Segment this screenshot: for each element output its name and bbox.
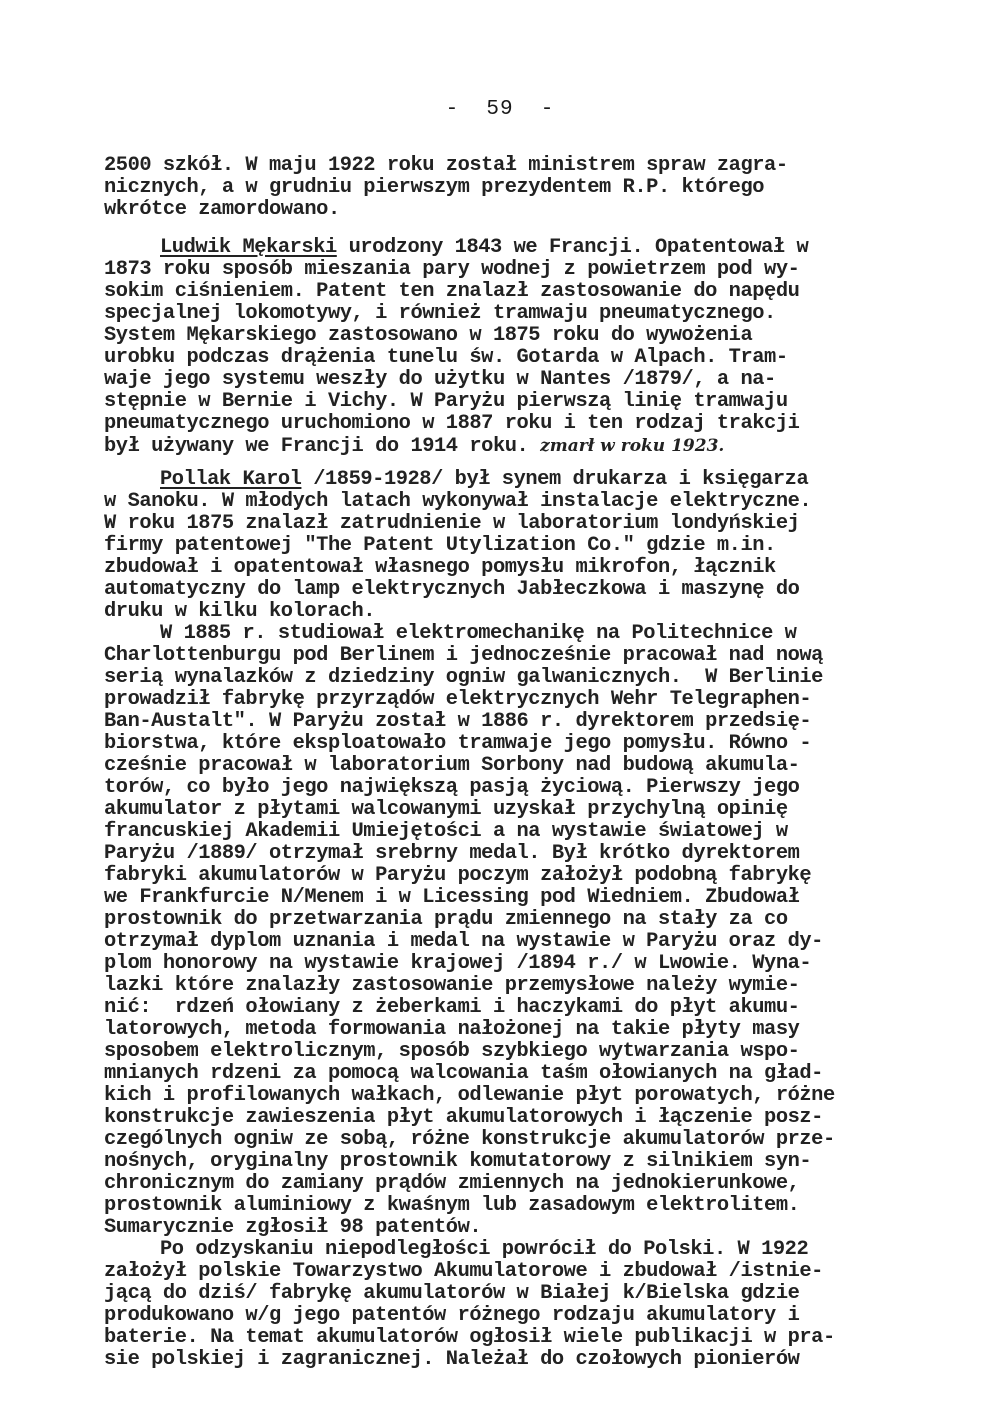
text-line: otrzymał dyplom uznania i medal na wysta…	[104, 931, 823, 953]
person-name-pollak: Pollak Karol	[160, 468, 301, 491]
handwritten-annotation: zmarł w roku 1923.	[540, 436, 724, 456]
text-line: francuskiej Akademii Umiejętości a na wy…	[104, 821, 788, 843]
text-line: firmy patentowej "The Patent Utylization…	[104, 535, 776, 557]
text-line: lazki które znalazły zastosowanie przemy…	[104, 975, 799, 997]
text-line: kich i profilowanych wałkach, odlewanie …	[104, 1085, 835, 1107]
text-line: plom honorowy na wystawie krajowej /1894…	[104, 953, 811, 975]
text-line: w Sanoku. W młodych latach wykonywał ins…	[104, 491, 811, 513]
text-line: akumulator z płytami walcowanymi uzyskał…	[104, 799, 788, 821]
text-line: pneumatycznego uruchomiono w 1887 roku i…	[104, 413, 799, 435]
text-line: torów, co było jego największą pasją życ…	[104, 777, 799, 799]
text-line: założył polskie Towarzystwo Akumulatorow…	[104, 1261, 823, 1283]
pollak-heading-line: Pollak Karol /1859-1928/ był synem druka…	[160, 469, 808, 491]
text-line: produkowano w/g jego patentów różnego ro…	[104, 1305, 799, 1327]
text-line: automatyczny do lamp elektrycznych Jabłe…	[104, 579, 799, 601]
text-line: W 1885 r. studiował elektromechanikę na …	[160, 623, 796, 645]
text-line: serią wynalazków z dziedziny ogniw galwa…	[104, 667, 823, 689]
person-name-mekarski: Ludwik Mękarski	[160, 236, 337, 259]
document-page: - 59 - 2500 szkół. W maju 1922 roku zost…	[0, 0, 1000, 1420]
text-line: System Mękarskiego zastosowano w 1875 ro…	[104, 325, 752, 347]
text-line: sposobem elektrolicznym, sposób szybkieg…	[104, 1041, 799, 1063]
text-line: Sumarycznie zgłosił 98 patentów.	[104, 1217, 481, 1239]
text-line: prostownik aluminiowy z kwaśnym lub zasa…	[104, 1195, 799, 1217]
text-line: prowadził fabrykę przyrządów elektryczny…	[104, 689, 811, 711]
text-line: baterie. Na temat akumulatorów ogłosił w…	[104, 1327, 835, 1349]
text-line: stępnie w Bernie i Vichy. W Paryżu pierw…	[104, 391, 788, 413]
text-fragment: urodzony 1843 we Francji. Opatentował w	[337, 236, 808, 259]
text-line-with-note: był używany we Francji do 1914 roku. zma…	[104, 435, 724, 458]
text-line: jącą do dziś/ fabrykę akumulatorów w Bia…	[104, 1283, 799, 1305]
text-fragment: był używany we Francji do 1914 roku.	[104, 435, 540, 458]
text-line: latorowych, metoda formowania nałożonej …	[104, 1019, 799, 1041]
text-line: konstrukcje zawieszenia płyt akumulatoro…	[104, 1107, 823, 1129]
text-line: we Frankfurcie N/Menem i w Licessing pod…	[104, 887, 799, 909]
text-line: specjalnej lokomotywy, i również tramwaj…	[104, 303, 776, 325]
text-line: druku w kilku kolorach.	[104, 601, 375, 623]
text-line: Charlottenburgu pod Berlinem i jednocześ…	[104, 645, 823, 667]
text-fragment: /1859-1928/ był synem drukarza i księgar…	[301, 468, 808, 491]
text-line: Paryżu /1889/ otrzymał srebrny medal. By…	[104, 843, 799, 865]
mekarski-heading-line: Ludwik Mękarski urodzony 1843 we Francji…	[160, 237, 808, 259]
text-line: nicznych, a w grudniu pierwszym prezyden…	[104, 177, 764, 199]
text-line: sokim ciśnieniem. Patent ten znalazł zas…	[104, 281, 799, 303]
text-line: urobku podczas drążenia tunelu św. Gotar…	[104, 347, 788, 369]
text-line: biorstwa, które eksploatowało tramwaje j…	[104, 733, 811, 755]
text-line: chronicznym do zamiany prądów zmiennych …	[104, 1173, 799, 1195]
text-line: zbudował i opatentował własnego pomysłu …	[104, 557, 776, 579]
text-line: mnianych rdzeni za pomocą walcowania taś…	[104, 1063, 823, 1085]
page-number: - 59 -	[0, 98, 1000, 121]
text-line: cześnie pracował w laboratorium Sorbony …	[104, 755, 799, 777]
text-line: W roku 1875 znalazł zatrudnienie w labor…	[104, 513, 799, 535]
text-line: nić: rdzeń ołowiany z żeberkami i haczyk…	[104, 997, 799, 1019]
text-line: Po odzyskaniu niepodległości powrócił do…	[160, 1239, 808, 1261]
text-line: 2500 szkół. W maju 1922 roku został mini…	[104, 155, 788, 177]
text-line: fabryki akumulatorów w Paryżu poczym zał…	[104, 865, 811, 887]
text-line: czególnych ogniw ze sobą, różne konstruk…	[104, 1129, 835, 1151]
text-line: wkrótce zamordowano.	[104, 199, 340, 221]
text-line: waje jego systemu weszły do użytku w Nan…	[104, 369, 776, 391]
text-line: prostownik do przetwarzania prądu zmienn…	[104, 909, 788, 931]
text-line: sie polskiej i zagranicznej. Należał do …	[104, 1349, 799, 1371]
text-line: Ban-Austalt". W Paryżu został w 1886 r. …	[104, 711, 811, 733]
text-line: nośnych, oryginalny prostownik komutator…	[104, 1151, 811, 1173]
text-line: 1873 roku sposób mieszania pary wodnej z…	[104, 259, 799, 281]
